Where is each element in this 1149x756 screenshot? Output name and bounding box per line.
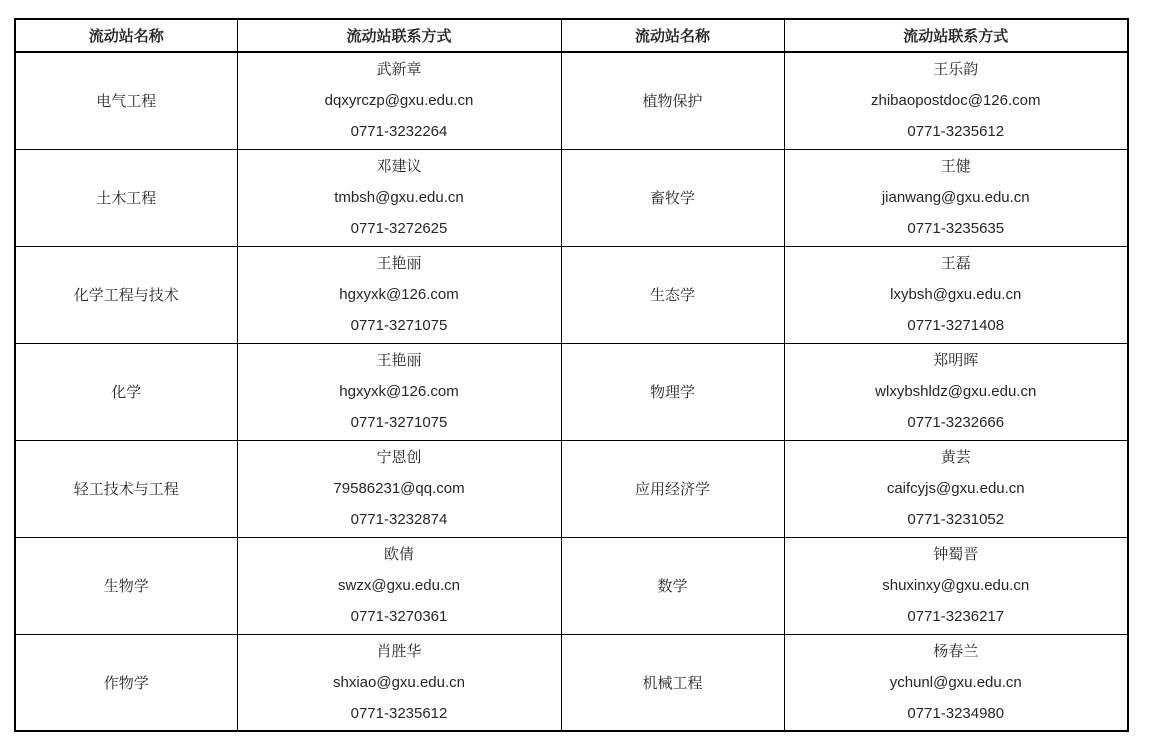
contact-info-cell: 宁恩创79586231@qq.com0771-3232874 <box>237 440 561 537</box>
column-header-station-right: 流动站名称 <box>561 19 784 52</box>
contact-person-name: 王磊 <box>785 248 1128 279</box>
contact-info-cell: 王艳丽hgxyxk@126.com0771-3271075 <box>237 343 561 440</box>
contact-info-cell: 武新章dqxyrczp@gxu.edu.cn0771-3232264 <box>237 52 561 149</box>
contact-phone: 0771-3271408 <box>785 310 1128 341</box>
contact-email: lxybsh@gxu.edu.cn <box>785 279 1128 310</box>
contact-phone: 0771-3232666 <box>785 407 1128 438</box>
contact-info-cell: 钟蜀晋shuxinxy@gxu.edu.cn0771-3236217 <box>784 537 1128 634</box>
contact-email: wlxybshldz@gxu.edu.cn <box>785 376 1128 407</box>
column-header-contact-right: 流动站联系方式 <box>784 19 1128 52</box>
station-name-cell: 生态学 <box>561 246 784 343</box>
table-body: 电气工程武新章dqxyrczp@gxu.edu.cn0771-3232264植物… <box>15 52 1128 731</box>
station-name-cell: 畜牧学 <box>561 149 784 246</box>
table-row: 作物学肖胜华shxiao@gxu.edu.cn0771-3235612机械工程杨… <box>15 634 1128 731</box>
table-header-row: 流动站名称 流动站联系方式 流动站名称 流动站联系方式 <box>15 19 1128 52</box>
station-name-cell: 植物保护 <box>561 52 784 149</box>
station-name-cell: 电气工程 <box>15 52 237 149</box>
contact-email: swzx@gxu.edu.cn <box>238 570 561 601</box>
contact-info-cell: 王磊lxybsh@gxu.edu.cn0771-3271408 <box>784 246 1128 343</box>
contact-email: zhibaopostdoc@126.com <box>785 85 1128 116</box>
contact-info-cell: 黄芸caifcyjs@gxu.edu.cn0771-3231052 <box>784 440 1128 537</box>
contact-person-name: 王乐韵 <box>785 54 1128 85</box>
contact-phone: 0771-3270361 <box>238 601 561 632</box>
contact-info-cell: 肖胜华shxiao@gxu.edu.cn0771-3235612 <box>237 634 561 731</box>
station-name-cell: 作物学 <box>15 634 237 731</box>
contact-info-cell: 邓建议tmbsh@gxu.edu.cn0771-3272625 <box>237 149 561 246</box>
station-name-cell: 机械工程 <box>561 634 784 731</box>
table-row: 电气工程武新章dqxyrczp@gxu.edu.cn0771-3232264植物… <box>15 52 1128 149</box>
contact-phone: 0771-3271075 <box>238 407 561 438</box>
contact-person-name: 肖胜华 <box>238 636 561 667</box>
station-name-cell: 化学工程与技术 <box>15 246 237 343</box>
contact-email: shxiao@gxu.edu.cn <box>238 667 561 698</box>
contact-email: ychunl@gxu.edu.cn <box>785 667 1128 698</box>
contact-info-cell: 杨春兰ychunl@gxu.edu.cn0771-3234980 <box>784 634 1128 731</box>
contact-person-name: 欧倩 <box>238 539 561 570</box>
contact-phone: 0771-3234980 <box>785 698 1128 729</box>
contact-person-name: 王健 <box>785 151 1128 182</box>
contact-phone: 0771-3272625 <box>238 213 561 244</box>
contact-email: tmbsh@gxu.edu.cn <box>238 182 561 213</box>
contact-email: shuxinxy@gxu.edu.cn <box>785 570 1128 601</box>
station-name-cell: 数学 <box>561 537 784 634</box>
station-name-cell: 物理学 <box>561 343 784 440</box>
contact-person-name: 王艳丽 <box>238 345 561 376</box>
contact-info-cell: 王艳丽hgxyxk@126.com0771-3271075 <box>237 246 561 343</box>
table-row: 轻工技术与工程宁恩创79586231@qq.com0771-3232874应用经… <box>15 440 1128 537</box>
contact-phone: 0771-3232264 <box>238 116 561 147</box>
station-name-cell: 土木工程 <box>15 149 237 246</box>
contact-info-cell: 郑明晖wlxybshldz@gxu.edu.cn0771-3232666 <box>784 343 1128 440</box>
contact-person-name: 宁恩创 <box>238 442 561 473</box>
contact-email: hgxyxk@126.com <box>238 376 561 407</box>
contact-person-name: 郑明晖 <box>785 345 1128 376</box>
contact-email: dqxyrczp@gxu.edu.cn <box>238 85 561 116</box>
contact-phone: 0771-3235612 <box>785 116 1128 147</box>
page: 流动站名称 流动站联系方式 流动站名称 流动站联系方式 电气工程武新章dqxyr… <box>0 0 1149 756</box>
column-header-station-left: 流动站名称 <box>15 19 237 52</box>
contact-email: jianwang@gxu.edu.cn <box>785 182 1128 213</box>
table-row: 化学王艳丽hgxyxk@126.com0771-3271075物理学郑明晖wlx… <box>15 343 1128 440</box>
contact-phone: 0771-3231052 <box>785 504 1128 535</box>
contact-phone: 0771-3235635 <box>785 213 1128 244</box>
contact-email: caifcyjs@gxu.edu.cn <box>785 473 1128 504</box>
column-header-contact-left: 流动站联系方式 <box>237 19 561 52</box>
contact-person-name: 武新章 <box>238 54 561 85</box>
contact-phone: 0771-3232874 <box>238 504 561 535</box>
contact-person-name: 钟蜀晋 <box>785 539 1128 570</box>
contact-info-cell: 王乐韵zhibaopostdoc@126.com0771-3235612 <box>784 52 1128 149</box>
station-name-cell: 轻工技术与工程 <box>15 440 237 537</box>
table-row: 化学工程与技术王艳丽hgxyxk@126.com0771-3271075生态学王… <box>15 246 1128 343</box>
postdoc-station-contact-table: 流动站名称 流动站联系方式 流动站名称 流动站联系方式 电气工程武新章dqxyr… <box>14 18 1129 732</box>
contact-person-name: 杨春兰 <box>785 636 1128 667</box>
contact-info-cell: 王健jianwang@gxu.edu.cn0771-3235635 <box>784 149 1128 246</box>
contact-email: 79586231@qq.com <box>238 473 561 504</box>
contact-person-name: 黄芸 <box>785 442 1128 473</box>
contact-person-name: 王艳丽 <box>238 248 561 279</box>
station-name-cell: 化学 <box>15 343 237 440</box>
contact-phone: 0771-3236217 <box>785 601 1128 632</box>
table-row: 生物学欧倩swzx@gxu.edu.cn0771-3270361数学钟蜀晋shu… <box>15 537 1128 634</box>
station-name-cell: 应用经济学 <box>561 440 784 537</box>
station-name-cell: 生物学 <box>15 537 237 634</box>
contact-phone: 0771-3235612 <box>238 698 561 729</box>
contact-phone: 0771-3271075 <box>238 310 561 341</box>
contact-person-name: 邓建议 <box>238 151 561 182</box>
table-row: 土木工程邓建议tmbsh@gxu.edu.cn0771-3272625畜牧学王健… <box>15 149 1128 246</box>
contact-info-cell: 欧倩swzx@gxu.edu.cn0771-3270361 <box>237 537 561 634</box>
contact-email: hgxyxk@126.com <box>238 279 561 310</box>
